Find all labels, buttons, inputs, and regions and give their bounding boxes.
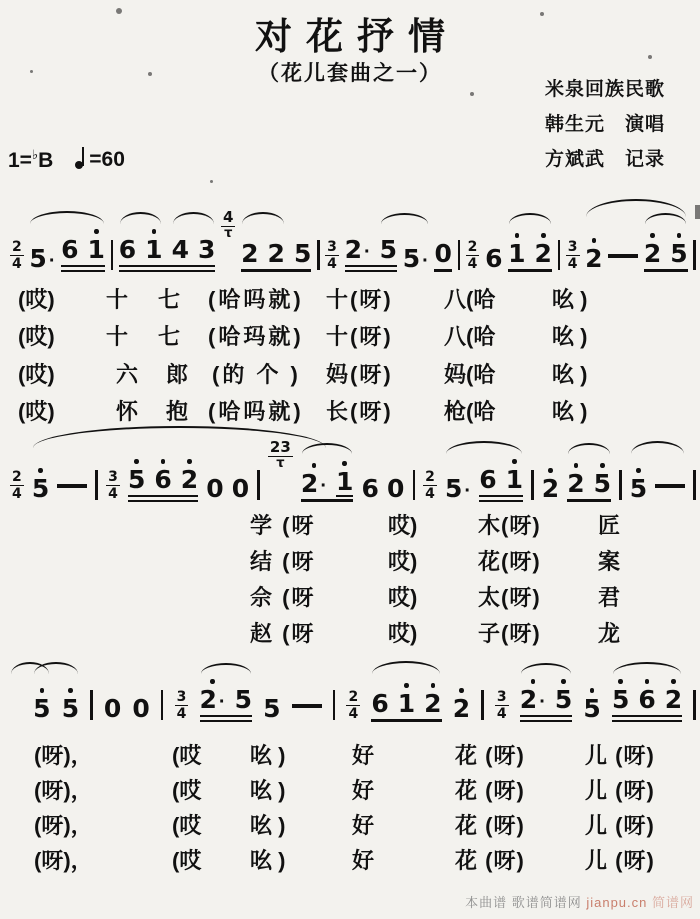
lyric-segment: 子(呀) bbox=[478, 619, 541, 649]
beamed-group: 225 bbox=[241, 231, 311, 272]
time-signature: 24 bbox=[10, 240, 24, 271]
note-digit: 0 bbox=[104, 695, 121, 722]
note: 2 bbox=[453, 686, 470, 722]
scan-speck bbox=[148, 72, 152, 76]
note-number: 5· bbox=[29, 245, 55, 272]
sustain-dash bbox=[57, 472, 87, 500]
barline bbox=[619, 470, 622, 500]
lyric-segment: (哈吗就) bbox=[208, 397, 304, 427]
lyric-segment: (哈玛就) bbox=[208, 322, 304, 352]
note-number: 0 bbox=[232, 475, 249, 502]
note: 5 bbox=[294, 231, 311, 267]
note-digit: 2 bbox=[200, 686, 217, 713]
note-number: 0 bbox=[206, 475, 223, 502]
lyric-segment: (哎 bbox=[172, 741, 201, 771]
note-number: 5 bbox=[294, 240, 311, 267]
beamed-group: 25 bbox=[644, 231, 688, 272]
note-number: 5 bbox=[380, 236, 397, 263]
beamed-group: 61 bbox=[479, 457, 523, 502]
high-octave-dot bbox=[161, 459, 166, 464]
note-digit: 2 bbox=[345, 236, 362, 263]
high-octave-dot bbox=[590, 688, 595, 693]
note-digit: 0 bbox=[232, 475, 249, 502]
note-number: 2 bbox=[424, 690, 441, 717]
lyric-segment: 六 bbox=[116, 360, 138, 390]
lyric-row: (呀)，(哎吆 )好花 (呀)儿 (呀) bbox=[0, 846, 700, 876]
high-octave-dot bbox=[531, 679, 536, 684]
time-signature: 34 bbox=[106, 470, 120, 501]
note: 6 bbox=[154, 457, 171, 493]
note-digit: 6 bbox=[61, 236, 78, 263]
note-number: 5 bbox=[62, 695, 79, 722]
credit-line: 米泉回族民歌 bbox=[545, 72, 665, 107]
sustain-dash-line bbox=[608, 254, 638, 258]
high-octave-dot bbox=[548, 468, 553, 473]
sustain-dash bbox=[608, 242, 638, 270]
duration-dot: · bbox=[364, 242, 371, 262]
note: 2 bbox=[424, 681, 441, 717]
credit-line: 方斌武 记录 bbox=[545, 142, 665, 177]
time-numerator: 2 bbox=[466, 240, 480, 256]
note-digit: 5 bbox=[630, 475, 647, 502]
lyric-segment: (的 个 ) bbox=[212, 360, 301, 390]
lyric-segment: 八(哈 bbox=[444, 322, 495, 352]
lyric-segment: 哎) bbox=[388, 583, 417, 613]
lyric-row: (哎)十七(哈吗就)十(呀)八(哈吆 ) bbox=[0, 285, 700, 315]
high-octave-dot bbox=[342, 461, 347, 466]
lyric-segment: 花(呀) bbox=[478, 547, 541, 577]
note-number: 6 bbox=[479, 466, 496, 493]
note-number: 5 bbox=[32, 475, 49, 502]
lyric-segment: 哎) bbox=[388, 511, 417, 541]
duration-dot: · bbox=[422, 251, 429, 271]
high-octave-dot bbox=[312, 463, 317, 468]
high-octave-dot bbox=[515, 233, 520, 238]
scan-speck bbox=[695, 205, 700, 219]
key-signature: 1=♭B bbox=[8, 147, 53, 173]
page-title: 对花抒情 bbox=[0, 6, 700, 60]
lyric-segment: (哎) bbox=[18, 397, 55, 427]
sustain-dash-line bbox=[57, 484, 87, 488]
high-octave-dot bbox=[561, 679, 566, 684]
high-octave-dot bbox=[592, 238, 597, 243]
note-digit: 6 bbox=[119, 236, 136, 263]
note-number: 1 bbox=[336, 468, 353, 497]
note: 6 bbox=[638, 677, 655, 713]
lyric-segment: (哎) bbox=[18, 285, 55, 315]
lyric-row: (哎)六郎(的 个 )妈(呀)妈(哈吆 ) bbox=[0, 360, 700, 390]
note: 5· bbox=[29, 236, 55, 272]
note-number: 4 bbox=[172, 236, 189, 263]
note-digit: 1 bbox=[398, 690, 415, 717]
lyric-segment: 吆 ) bbox=[250, 776, 285, 806]
lyric-segment: 七 bbox=[158, 322, 180, 352]
lyric-segment: 太(呀) bbox=[478, 583, 541, 613]
lyric-segment: 花 (呀) bbox=[455, 846, 525, 876]
note-number: 6 bbox=[119, 236, 136, 263]
lyric-row: 结 (呀哎)花(呀)案 bbox=[0, 547, 700, 577]
note-number: 0 bbox=[132, 695, 149, 722]
scan-speck bbox=[210, 180, 213, 183]
note-digit: 5 bbox=[555, 686, 572, 713]
lyric-segment: 儿 (呀) bbox=[585, 846, 655, 876]
sustain-dash bbox=[655, 472, 685, 500]
note: 4 bbox=[172, 227, 189, 263]
high-octave-dot bbox=[152, 229, 157, 234]
note: 5· bbox=[445, 466, 471, 502]
note: 2 bbox=[665, 677, 682, 713]
time-change-mark: 4τ bbox=[221, 210, 235, 240]
slur bbox=[509, 213, 551, 224]
slur bbox=[120, 212, 161, 224]
credits-block: 米泉回族民歌 韩生元 演唱 方斌武 记录 bbox=[545, 72, 665, 177]
lyric-segment: 十(呀) bbox=[326, 285, 393, 315]
high-octave-dot bbox=[574, 463, 579, 468]
note: 6 bbox=[479, 457, 496, 493]
key-and-tempo: 1=♭B =60 bbox=[8, 147, 125, 173]
tie-anchor bbox=[10, 694, 22, 722]
note: 6 bbox=[61, 227, 78, 263]
note-number: 5 bbox=[612, 686, 629, 713]
beamed-group: 25 bbox=[567, 461, 611, 502]
duration-dot: · bbox=[49, 251, 56, 271]
lyric-segment: (哈吗就) bbox=[208, 285, 304, 315]
watermark-segment: 简谱网 bbox=[647, 895, 694, 910]
note-digit: 6 bbox=[638, 686, 655, 713]
lyric-segment: 匠 bbox=[598, 511, 620, 541]
lyric-segment: 枪(哈 bbox=[444, 397, 495, 427]
note: 0 bbox=[434, 231, 451, 267]
note: 2 bbox=[542, 466, 559, 502]
time-numerator: 3 bbox=[495, 690, 509, 706]
note-number: 2· bbox=[345, 236, 371, 263]
note: 5 bbox=[612, 677, 629, 713]
note-digit: 2 bbox=[241, 240, 258, 267]
watermark: 本曲谱 歌谱简谱网 jianpu.cn 简谱网 bbox=[465, 892, 694, 911]
note-number: 1 bbox=[88, 236, 105, 263]
note-digit: 5 bbox=[33, 695, 50, 722]
barline bbox=[111, 240, 114, 270]
note: 0 bbox=[206, 466, 223, 502]
note: 0 bbox=[132, 686, 149, 722]
high-octave-dot bbox=[677, 233, 682, 238]
lyric-row: (呀)，(哎吆 )好花 (呀)儿 (呀) bbox=[0, 811, 700, 841]
note-digit: 2 bbox=[644, 240, 661, 267]
beamed-group: 0 bbox=[434, 231, 451, 272]
lyric-segment: 十 bbox=[106, 322, 128, 352]
note-digit: 6 bbox=[362, 475, 379, 502]
note: 6 bbox=[362, 466, 379, 502]
note-digit: 2 bbox=[567, 470, 584, 497]
note-digit: 0 bbox=[387, 475, 404, 502]
note: 5 bbox=[380, 227, 397, 263]
note-number: 5· bbox=[445, 475, 471, 502]
duration-dot: · bbox=[539, 692, 546, 712]
scan-speck bbox=[116, 8, 122, 14]
note: 2 bbox=[241, 231, 258, 267]
high-octave-dot bbox=[187, 459, 192, 464]
barline bbox=[558, 240, 561, 270]
note-number: 2· bbox=[301, 470, 327, 497]
lyric-segment: 木(呀) bbox=[478, 511, 541, 541]
note-digit: 5 bbox=[594, 470, 611, 497]
sustain-dash bbox=[292, 692, 322, 720]
slur bbox=[173, 212, 214, 224]
note-digit: 4 bbox=[172, 236, 189, 263]
lyric-segment: 佘 (呀 bbox=[250, 583, 315, 613]
lyric-segment: 龙 bbox=[598, 619, 620, 649]
note: 5 bbox=[594, 461, 611, 497]
barline bbox=[95, 470, 98, 500]
note-number: 5 bbox=[630, 475, 647, 502]
slur bbox=[372, 661, 440, 674]
duration-dot: · bbox=[219, 692, 226, 712]
music-line-2: 245345620023τ2·160245·612255 bbox=[10, 428, 696, 502]
scan-speck bbox=[600, 640, 603, 643]
duration-dot: · bbox=[464, 481, 471, 501]
slur bbox=[242, 212, 284, 224]
lyric-segment: (哎 bbox=[172, 776, 201, 806]
time-numerator: 3 bbox=[175, 690, 189, 706]
note-number: 6 bbox=[362, 475, 379, 502]
note: 5 bbox=[128, 457, 145, 493]
note-number: 1 bbox=[398, 690, 415, 717]
slur bbox=[201, 663, 251, 674]
note-number: 6 bbox=[61, 236, 78, 263]
lyric-row: (呀)，(哎吆 )好花 (呀)儿 (呀) bbox=[0, 776, 700, 806]
lyric-segment: 儿 (呀) bbox=[585, 811, 655, 841]
lyric-segment: 花 (呀) bbox=[455, 811, 525, 841]
lyric-segment: 儿 (呀) bbox=[585, 741, 655, 771]
note-digit: 2 bbox=[453, 695, 470, 722]
note-digit: 5 bbox=[670, 240, 687, 267]
barline bbox=[317, 240, 320, 270]
time-denominator: 4 bbox=[568, 256, 578, 271]
lyric-segment: 郎 bbox=[166, 360, 188, 390]
high-octave-dot bbox=[512, 459, 517, 464]
lyric-segment: 妈(呀) bbox=[326, 360, 393, 390]
note-number: 5 bbox=[235, 686, 252, 713]
time-denominator: 4 bbox=[177, 706, 187, 721]
beamed-group: 562 bbox=[128, 457, 198, 502]
time-signature: 24 bbox=[346, 690, 360, 721]
high-octave-dot bbox=[645, 679, 650, 684]
lyric-segment: 好 bbox=[352, 741, 374, 771]
time-denominator: 4 bbox=[12, 256, 22, 271]
watermark-segment: 本曲谱 歌谱简谱网 bbox=[465, 895, 586, 910]
note-number: 5 bbox=[594, 470, 611, 497]
note-number: 2 bbox=[542, 475, 559, 502]
note-digit: 5 bbox=[583, 695, 600, 722]
note-number: 1 bbox=[506, 466, 523, 493]
note: 5 bbox=[630, 466, 647, 502]
note: 5 bbox=[670, 231, 687, 267]
note: 5 bbox=[555, 677, 572, 713]
time-denominator: 4 bbox=[425, 486, 435, 501]
note: 2 bbox=[585, 236, 602, 272]
note-digit: 6 bbox=[479, 466, 496, 493]
slur bbox=[613, 662, 681, 674]
time-signature: 34 bbox=[566, 240, 580, 271]
note-digit: 2 bbox=[542, 475, 559, 502]
note-digit: 5 bbox=[445, 475, 462, 502]
note: 6 bbox=[119, 227, 136, 263]
music-line-3: 5500342·55246122342·55562 bbox=[10, 648, 696, 722]
note-digit: 5 bbox=[403, 245, 420, 272]
lyric-segment: 哎) bbox=[388, 547, 417, 577]
high-octave-dot bbox=[618, 679, 623, 684]
note-number: 1 bbox=[508, 240, 525, 267]
note-number: 5· bbox=[403, 245, 429, 272]
note-number: 0 bbox=[104, 695, 121, 722]
note-digit: 5 bbox=[128, 466, 145, 493]
sustain-dash-line bbox=[292, 704, 322, 708]
note: 6 bbox=[371, 681, 388, 717]
high-octave-dot bbox=[541, 233, 546, 238]
time-denominator: τ bbox=[276, 457, 284, 470]
slur bbox=[631, 441, 684, 454]
note-digit: 5 bbox=[380, 236, 397, 263]
slur bbox=[568, 443, 610, 454]
lyric-segment: 十 bbox=[106, 285, 128, 315]
note-number: 2· bbox=[200, 686, 226, 713]
beamed-group: 6143 bbox=[119, 227, 216, 272]
lyric-segment: 抱 bbox=[166, 397, 188, 427]
time-denominator: 4 bbox=[497, 706, 507, 721]
note-number: 2 bbox=[268, 240, 285, 267]
note: 1 bbox=[506, 457, 523, 493]
note-number: 5 bbox=[583, 695, 600, 722]
note-digit: 5 bbox=[612, 686, 629, 713]
lyric-row: (哎)十七(哈玛就)十(呀)八(哈吆 ) bbox=[0, 322, 700, 352]
tempo-value: =60 bbox=[89, 148, 125, 172]
lyric-segment: (哎) bbox=[18, 322, 55, 352]
note-number: 5 bbox=[670, 240, 687, 267]
note-digit: 5 bbox=[235, 686, 252, 713]
high-octave-dot bbox=[431, 683, 436, 688]
note: 5 bbox=[583, 686, 600, 722]
lyric-segment: 吆 ) bbox=[552, 360, 587, 390]
note: 0 bbox=[387, 466, 404, 502]
note: 1 bbox=[145, 227, 162, 263]
scan-speck bbox=[540, 12, 544, 16]
slur bbox=[521, 663, 571, 674]
high-octave-dot bbox=[650, 233, 655, 238]
scan-speck bbox=[648, 55, 652, 59]
credit-line: 韩生元 演唱 bbox=[545, 107, 665, 142]
high-octave-dot bbox=[40, 688, 45, 693]
high-octave-dot bbox=[134, 459, 139, 464]
barline bbox=[458, 240, 461, 270]
time-signature: 24 bbox=[10, 470, 24, 501]
note-number: 6 bbox=[485, 245, 502, 272]
lyric-segment: 吆 ) bbox=[552, 397, 587, 427]
high-octave-dot bbox=[210, 679, 215, 684]
sustain-dash-line bbox=[655, 484, 685, 488]
note-digit: 1 bbox=[506, 466, 523, 493]
note-number: 2 bbox=[644, 240, 661, 267]
note-digit: 6 bbox=[485, 245, 502, 272]
barline bbox=[531, 470, 534, 500]
lyric-segment: (呀)， bbox=[34, 776, 93, 806]
barline bbox=[413, 470, 416, 500]
note-digit: 0 bbox=[206, 475, 223, 502]
lyric-segment: 吆 ) bbox=[250, 846, 285, 876]
note-number: 2 bbox=[665, 686, 682, 713]
note-number: 2· bbox=[520, 686, 546, 713]
beamed-group: 2·5 bbox=[520, 677, 572, 722]
note: 1 bbox=[336, 459, 353, 497]
time-numerator: 3 bbox=[106, 470, 120, 486]
lyric-segment: (哎) bbox=[18, 360, 55, 390]
note-digit: 5 bbox=[263, 695, 280, 722]
lyric-row: (呀)，(哎吆 )好花 (呀)儿 (呀) bbox=[0, 741, 700, 771]
note-digit: 5 bbox=[62, 695, 79, 722]
note-digit: 3 bbox=[198, 236, 215, 263]
note-digit: 6 bbox=[154, 466, 171, 493]
note-digit: 2 bbox=[585, 245, 602, 272]
beamed-group: 2·5 bbox=[200, 677, 252, 722]
lyric-segment: (呀)， bbox=[34, 741, 93, 771]
note-digit: 0 bbox=[132, 695, 149, 722]
duration-dot: · bbox=[320, 476, 327, 496]
note-number: 2 bbox=[585, 245, 602, 272]
note-digit: 5 bbox=[294, 240, 311, 267]
note-digit: 2 bbox=[424, 690, 441, 717]
note-number: 6 bbox=[638, 686, 655, 713]
note: 6 bbox=[485, 236, 502, 272]
note-digit: 2 bbox=[301, 470, 318, 497]
barline bbox=[481, 690, 484, 720]
note-digit: 1 bbox=[336, 468, 353, 495]
lyric-segment: 哎) bbox=[388, 619, 417, 649]
note-number: 2 bbox=[567, 470, 584, 497]
lyric-segment: 花 (呀) bbox=[455, 776, 525, 806]
barline bbox=[257, 470, 260, 500]
scan-speck bbox=[352, 68, 355, 71]
high-octave-dot bbox=[671, 679, 676, 684]
note-digit: 2 bbox=[181, 466, 198, 493]
note-number: 2 bbox=[181, 466, 198, 493]
scan-speck bbox=[470, 92, 474, 96]
time-numerator: 3 bbox=[325, 240, 339, 256]
time-denominator: 4 bbox=[327, 256, 337, 271]
note-digit: 2 bbox=[268, 240, 285, 267]
beamed-group: 2·1 bbox=[301, 459, 353, 502]
note-digit: 2 bbox=[535, 240, 552, 267]
note: 0 bbox=[104, 686, 121, 722]
time-numerator: 3 bbox=[566, 240, 580, 256]
time-signature: 34 bbox=[325, 240, 339, 271]
lyric-segment: 吆 ) bbox=[552, 285, 587, 315]
lyric-segment: 儿 (呀) bbox=[585, 776, 655, 806]
time-denominator: 4 bbox=[12, 486, 22, 501]
beamed-group: 12 bbox=[508, 231, 552, 272]
high-octave-dot bbox=[94, 229, 99, 234]
note: 0 bbox=[232, 466, 249, 502]
note-digit: 6 bbox=[371, 690, 388, 717]
lyric-segment: (呀)， bbox=[34, 846, 93, 876]
time-numerator: 4 bbox=[221, 210, 235, 227]
barline bbox=[161, 690, 164, 720]
time-signature: 24 bbox=[466, 240, 480, 271]
note: 1 bbox=[508, 231, 525, 267]
sheet-music-page: 对花抒情 （花儿套曲之一） 米泉回族民歌 韩生元 演唱 方斌武 记录 1=♭B … bbox=[0, 0, 700, 919]
time-signature: 34 bbox=[175, 690, 189, 721]
high-octave-dot bbox=[636, 468, 641, 473]
beamed-group: 2·5 bbox=[345, 227, 397, 272]
note: 1 bbox=[398, 681, 415, 717]
